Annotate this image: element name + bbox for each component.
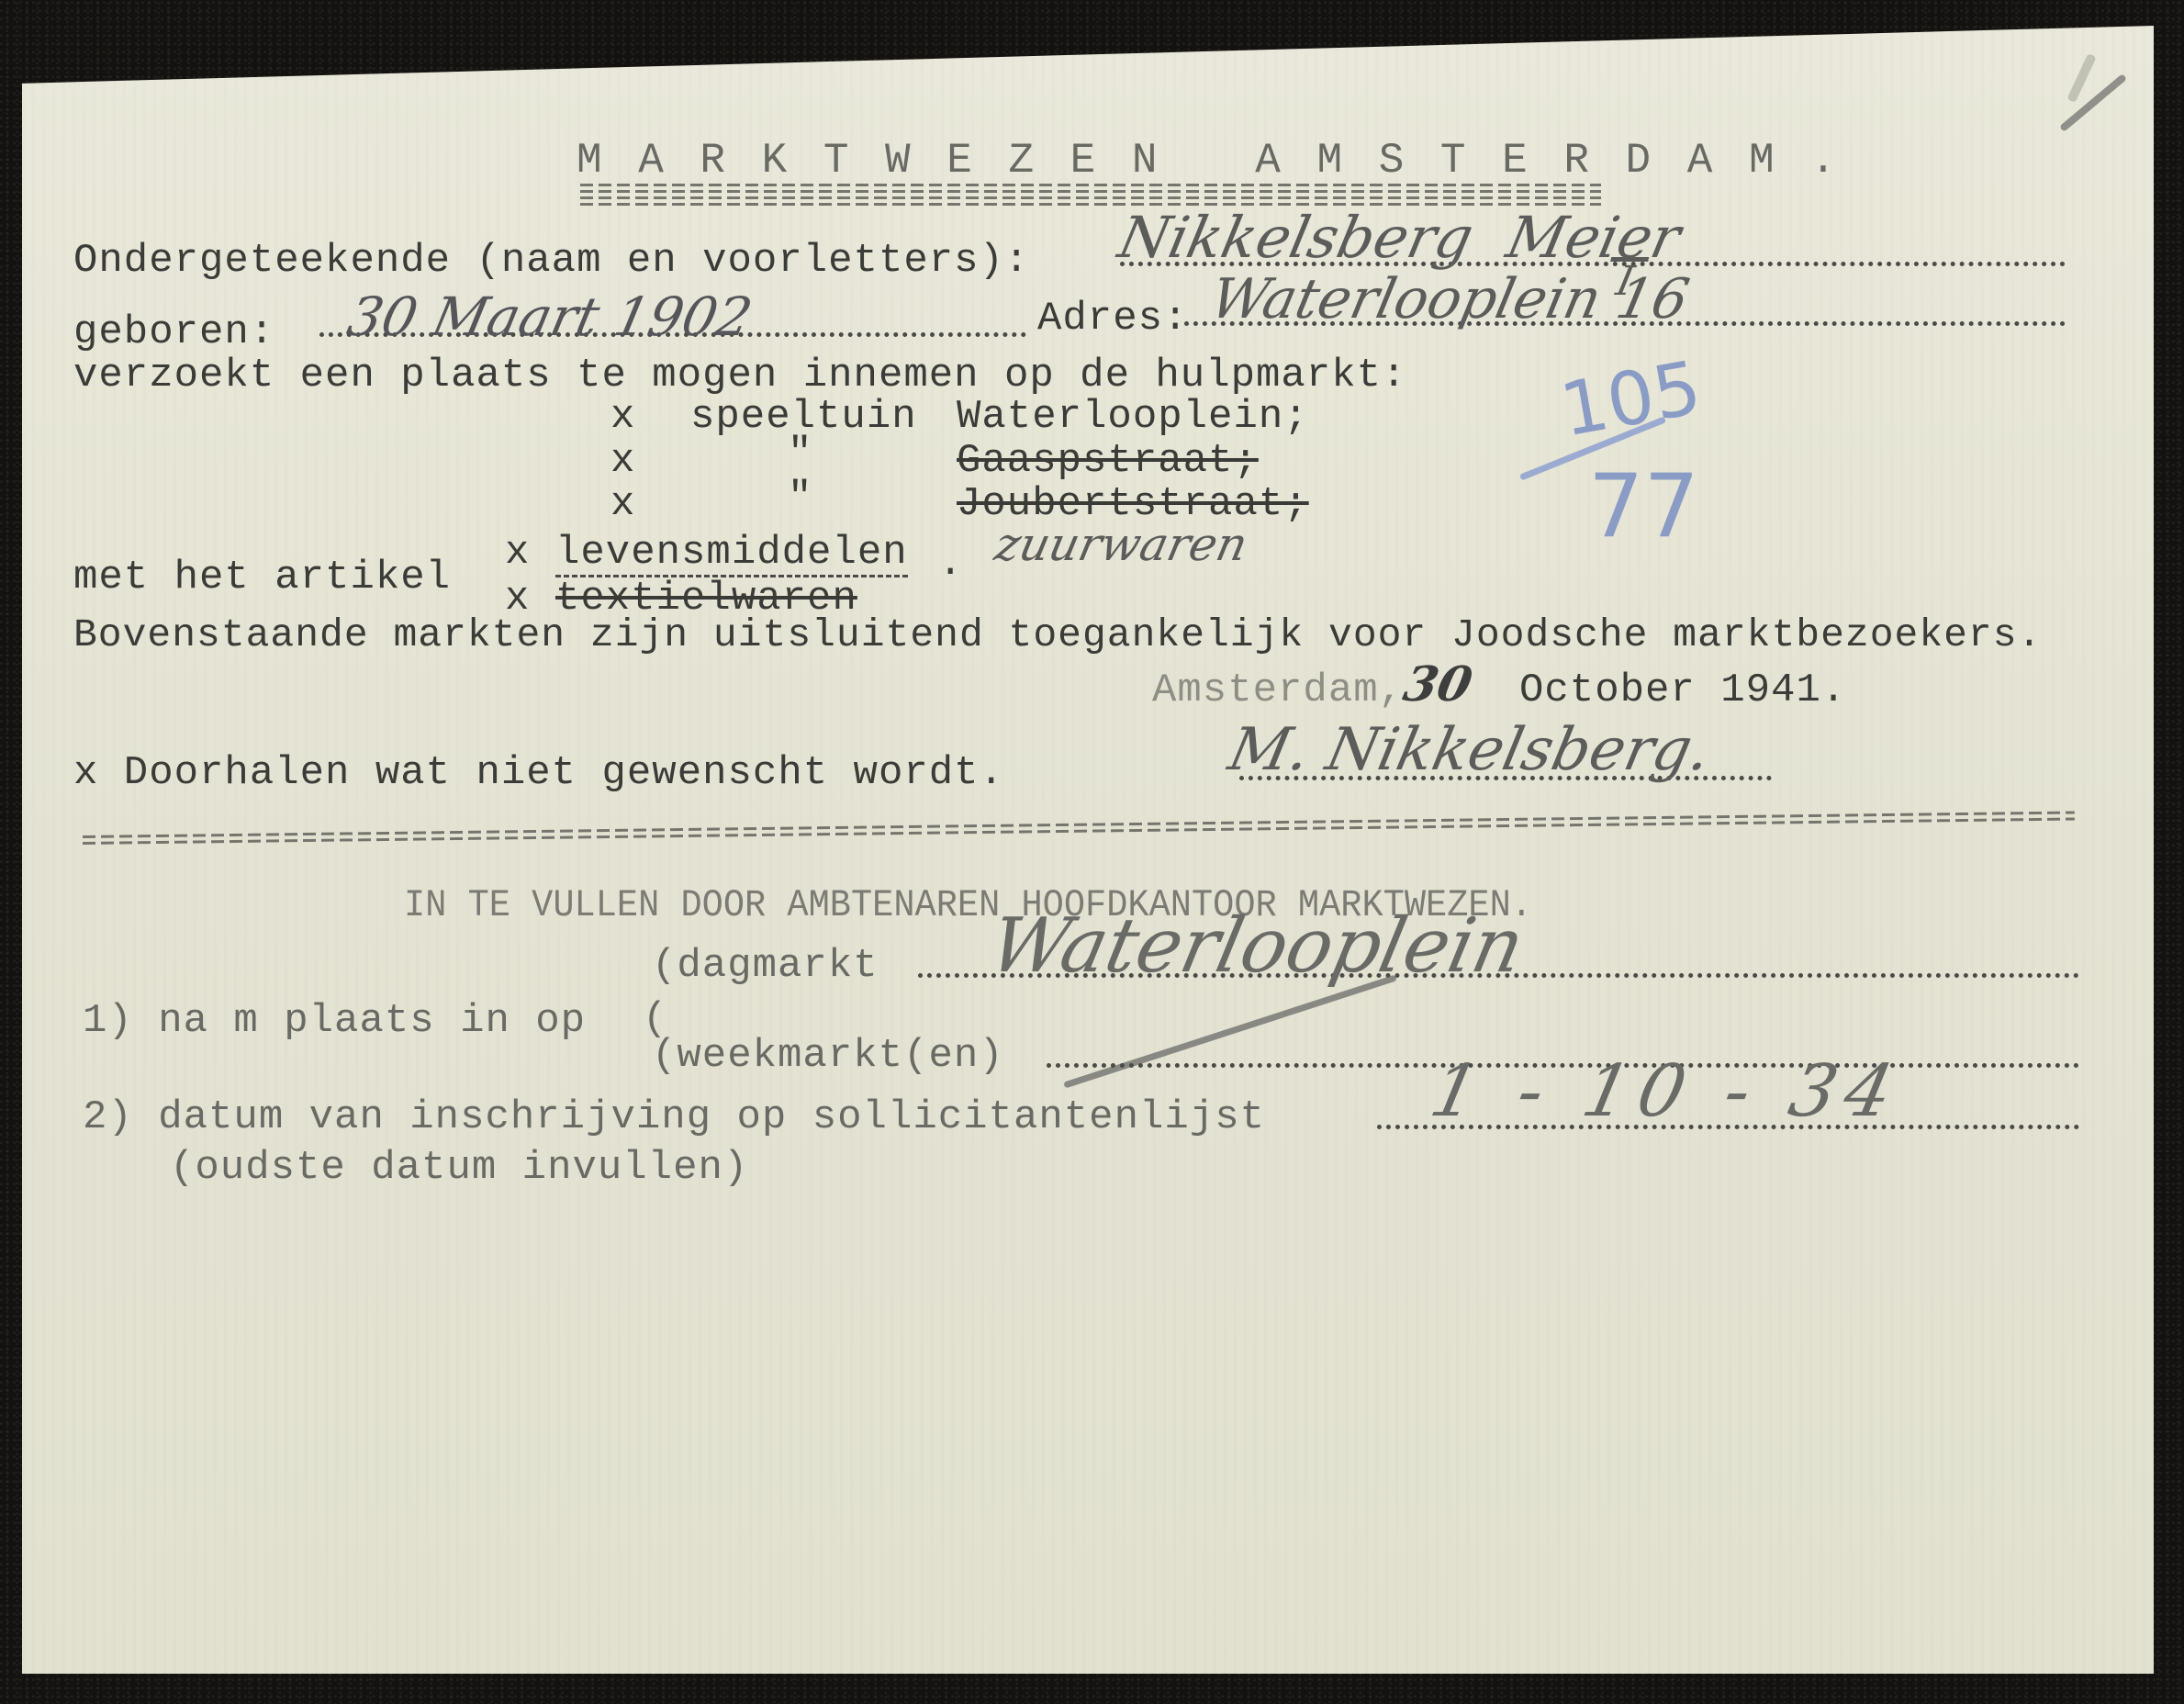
place-date-prefix: Amsterdam, [1152,670,1404,711]
market-name-waterlooplein: Waterlooplein; [957,397,1309,437]
article-marker-1: x [505,532,530,573]
market-marker-2: x [610,441,635,481]
place-date-rest: October 1941. [1519,670,1846,711]
request-text: verzoekt een plaats te mogen innemen op … [73,355,1406,396]
form-title: M A R K T W E Z E N A M S T E R D A M . [577,140,1842,182]
market-name-gaaspstraat: Gaaspstraat; [957,441,1259,481]
item2-label: 2) datum van inschrijving op sollicitant… [83,1097,1265,1138]
item2-handwritten-date[interactable]: 1 - 10 - 34 [1425,1056,1909,1127]
born-label: geboren: [73,312,274,353]
weekmarkt-label: (weekmarkt(en) [652,1036,1004,1076]
signature[interactable]: M. Nikkelsberg. [1224,721,1716,779]
market-marker-3: x [610,484,635,524]
market-prefix-3: " [788,477,812,518]
article-handwritten-zuurwaren[interactable]: zuurwaren [991,521,1252,567]
undersigned-handwritten-value[interactable]: Nikkelsberg Meier [1114,209,1685,266]
item2-note: (oudste datum invullen) [170,1148,748,1188]
address-label: Adres: [1037,298,1188,339]
dagmarkt-handwritten-value[interactable]: Waterlooplein [983,909,1529,984]
title-double-underline [580,184,1601,193]
notice-text: Bovenstaande markten zijn uitsluitend to… [73,615,2042,655]
dagmarkt-label: (dagmarkt [652,946,879,986]
undersigned-label: Ondergeteekende (naam en voorletters): [73,241,1029,281]
market-prefix-2: " [788,433,812,474]
article-period: . [938,544,963,584]
article-label: met het artikel [73,557,451,598]
blue-pencil-note-bottom: 77 [1588,464,1699,551]
strike-instruction: x Doorhalen wat niet gewenscht wordt. [73,753,1004,793]
born-handwritten-value[interactable]: 30 Maart 1902 [343,290,756,343]
item1-label: 1) na m plaats in op [83,1001,586,1041]
place-date-day[interactable]: 30 [1399,661,1475,709]
article-levensmiddelen: levensmiddelen [555,532,908,577]
market-marker-1: x [610,397,635,437]
